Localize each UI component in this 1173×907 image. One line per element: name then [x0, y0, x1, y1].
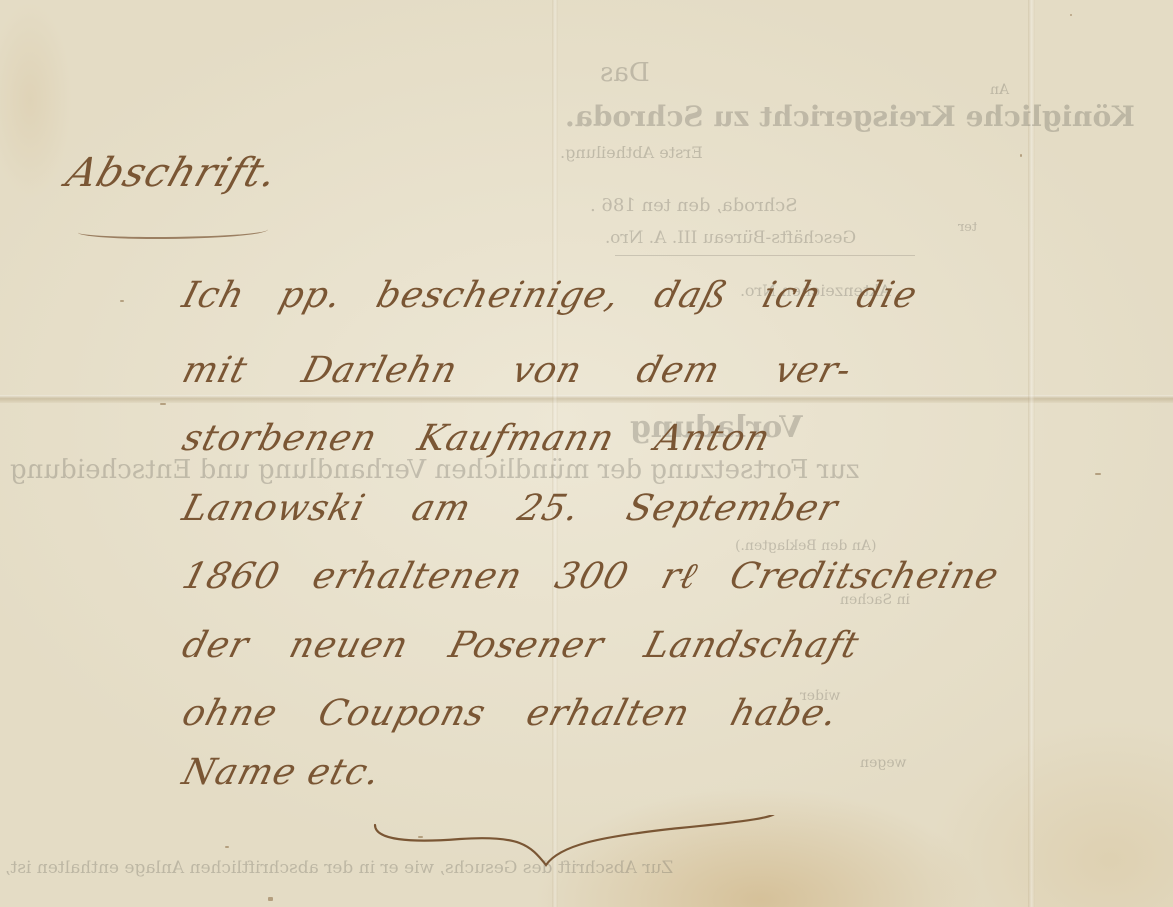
paper-speck [268, 897, 273, 901]
handwritten-line: der neuen Posener Landschaft [178, 625, 864, 666]
paper-speck [160, 403, 166, 405]
bleed-through-text: Schroda, den ten 186 . [590, 195, 798, 216]
paper-speck [225, 846, 229, 848]
handwritten-line: storbenen Kaufmann Anton [178, 418, 775, 459]
handwritten-line: ohne Coupons erhalten habe. [178, 693, 843, 734]
bleed-through-text: wegen [860, 755, 907, 771]
paper-speck [1095, 473, 1101, 475]
paper-speck [418, 836, 423, 838]
signature-placeholder: Name etc. [178, 752, 385, 793]
horizontal-fold-crease [0, 395, 1173, 403]
handwritten-line: Lanowski am 25. September [178, 488, 843, 529]
bleed-through-text: zur Fortsetzung der mündlichen Verhandlu… [10, 455, 860, 485]
bleed-through-court-name: Königliche Kreisgericht zu Schroda. [565, 100, 1135, 133]
bleed-through-rule [615, 255, 915, 256]
paper-speck [1020, 154, 1022, 157]
paper-speck [1070, 14, 1072, 16]
handwritten-line: Ich pp. bescheinige, daß ich die [178, 275, 922, 316]
document-heading: Abschrift. [61, 150, 285, 196]
bleed-through-text: Das [600, 58, 650, 88]
handwritten-line: mit Darlehn von dem ver- [178, 350, 856, 391]
bleed-through-text: (An den Beklagten.) [735, 538, 876, 554]
bleed-through-text: ter [958, 220, 977, 235]
bleed-through-text: An [990, 82, 1009, 98]
handwritten-line: 1860 erhaltenen 300 rℓ Creditscheine [178, 555, 1004, 597]
bleed-through-text: Erste Abtheilung. [560, 143, 703, 162]
bleed-through-text: Geschäfts-Büreau III. A. Nro. [605, 228, 856, 248]
vertical-fold-crease-right [1028, 0, 1035, 907]
paper-speck [120, 300, 124, 302]
closing-flourish-icon [370, 815, 790, 875]
